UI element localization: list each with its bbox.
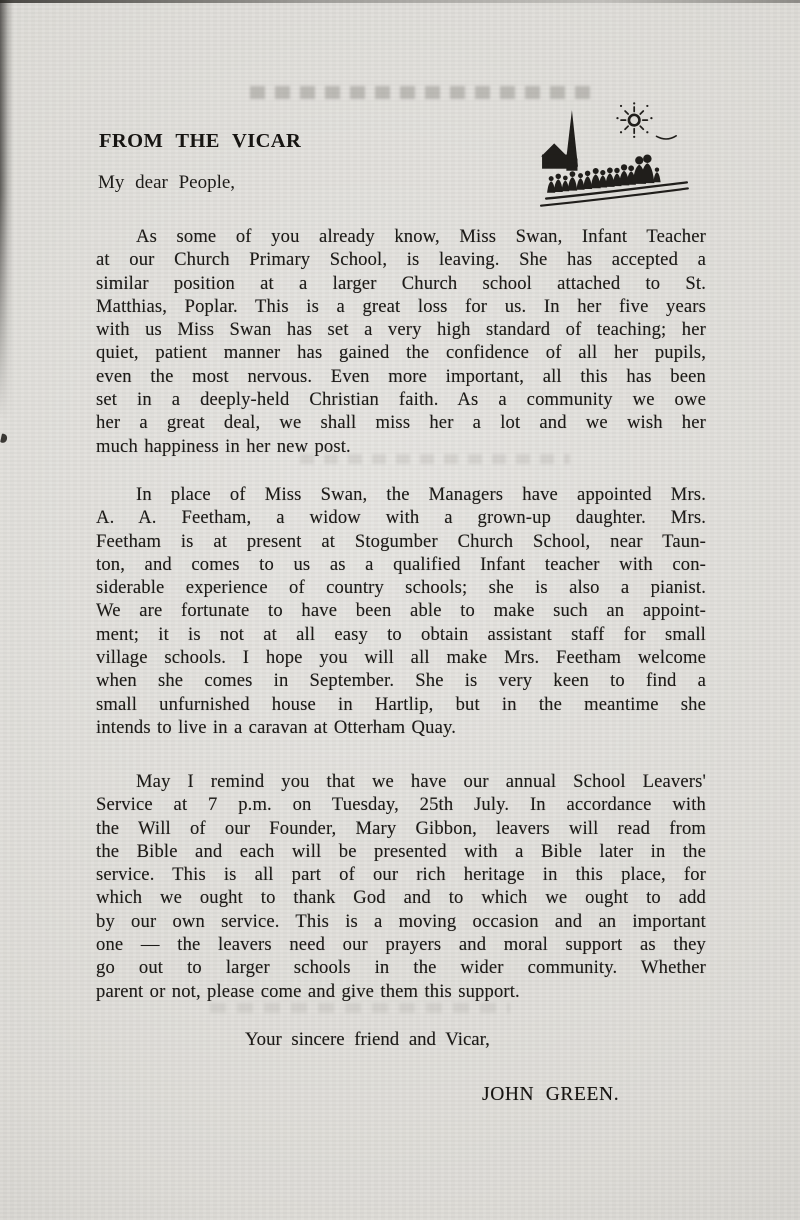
text-line: by our own service. This is a moving occ…: [96, 910, 706, 933]
text-line: her a great deal, we shall miss her a lo…: [96, 411, 706, 434]
text-line: go out to larger schools in the wider co…: [96, 956, 706, 979]
magazine-page: FROM THE VICAR My dear People,: [0, 0, 800, 1220]
text-line: A. A. Feetham, a widow with a grown-up d…: [96, 506, 706, 529]
paragraph: In place of Miss Swan, the Managers have…: [96, 483, 706, 739]
text-line: village schools. I hope you will all mak…: [96, 646, 706, 669]
text-line: parent or not, please come and give them…: [96, 980, 706, 1003]
text-line: set in a deeply-held Christian faith. As…: [96, 388, 706, 411]
text-line: May I remind you that we have our annual…: [96, 770, 706, 793]
text-line: As some of you already know, Miss Swan, …: [96, 225, 706, 248]
text-line: much happiness in her new post.: [96, 435, 706, 458]
text-line: We are fortunate to have been able to ma…: [96, 599, 706, 622]
text-line: the Will of our Founder, Mary Gibbon, le…: [96, 817, 706, 840]
text-line: intends to live in a caravan at Otterham…: [96, 716, 706, 739]
text-line: ton, and comes to us as a qualified Infa…: [96, 553, 706, 576]
paragraph: May I remind you that we have our annual…: [96, 770, 706, 1003]
text-line: Matthias, Poplar. This is a great loss f…: [96, 295, 706, 318]
text-line: Feetham is at present at Stogumber Churc…: [96, 530, 706, 553]
text-line: ment; it is not at all easy to obtain as…: [96, 623, 706, 646]
closing-line: Your sincere friend and Vicar,: [245, 1029, 490, 1051]
text-line: siderable experience of country schools;…: [96, 576, 706, 599]
paragraph: As some of you already know, Miss Swan, …: [96, 225, 706, 458]
text-line: similar position at a larger Church scho…: [96, 272, 706, 295]
text-line: with us Miss Swan has set a very high st…: [96, 318, 706, 341]
text-line: at our Church Primary School, is leaving…: [96, 248, 706, 271]
text-line: when she comes in September. She is very…: [96, 669, 706, 692]
text-line: even the most nervous. Even more importa…: [96, 365, 706, 388]
text-line: the Bible and each will be presented wit…: [96, 840, 706, 863]
text-line: which we ought to thank God and to which…: [96, 886, 706, 909]
text-line: small unfurnished house in Hartlip, but …: [96, 693, 706, 716]
text-line: In place of Miss Swan, the Managers have…: [96, 483, 706, 506]
text-line: Service at 7 p.m. on Tuesday, 25th July.…: [96, 793, 706, 816]
text-line: one — the leavers need our prayers and m…: [96, 933, 706, 956]
signature: JOHN GREEN.: [482, 1084, 619, 1106]
text-line: service. This is all part of our rich he…: [96, 863, 706, 886]
text-line: quiet, patient manner has gained the con…: [96, 341, 706, 364]
